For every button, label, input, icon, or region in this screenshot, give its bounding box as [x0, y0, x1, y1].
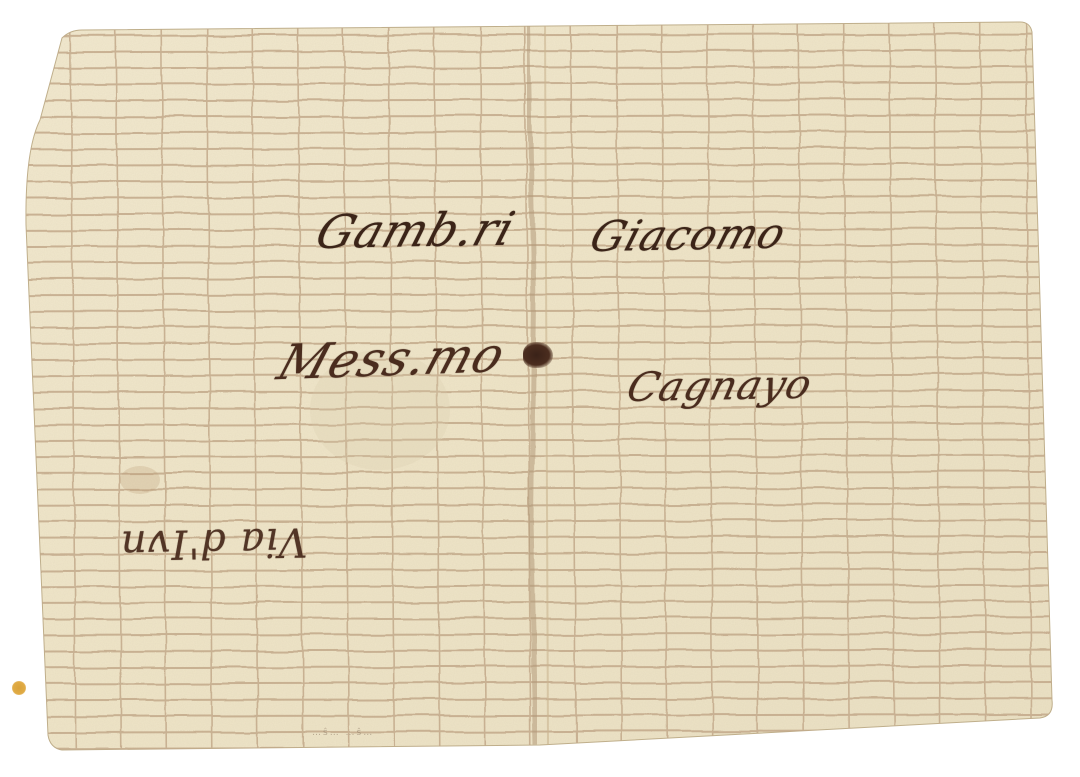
paper-document	[0, 0, 1080, 777]
handwritten-title: Mess.mo	[271, 327, 513, 391]
handwritten-name-given: Giacomo	[584, 208, 792, 261]
paper-sheet-graphic	[0, 0, 1080, 777]
faded-stamp: …ŝ… …ŝ…	[312, 728, 374, 738]
handwritten-name-surname: Gamb.ri	[310, 201, 522, 259]
ink-blot	[523, 342, 553, 368]
handwritten-place: Cagnayo	[622, 362, 817, 411]
stain-spot	[12, 681, 26, 695]
handwritten-mirrored-note: Via d'Ivn	[120, 518, 308, 567]
